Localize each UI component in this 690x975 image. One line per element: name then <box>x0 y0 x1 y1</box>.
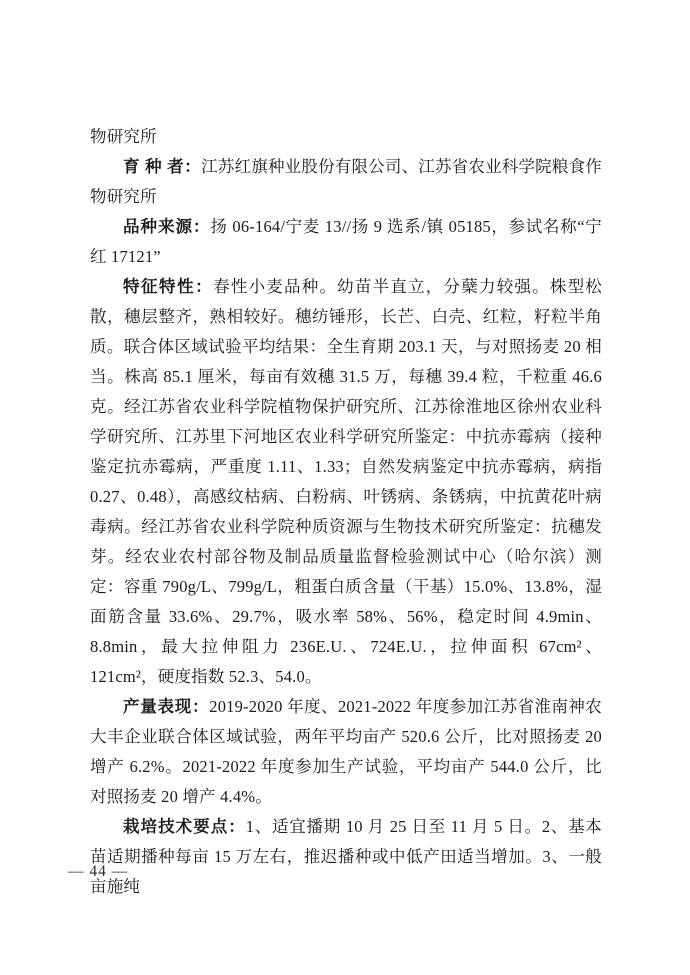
document-page: 物研究所 育 种 者：江苏红旗种业股份有限公司、江苏省农业科学院粮食作物研究所 … <box>0 0 690 975</box>
paragraph: 育 种 者：江苏红旗种业股份有限公司、江苏省农业科学院粮食作物研究所 <box>90 152 602 212</box>
paragraph-label: 特征特性： <box>123 278 213 296</box>
document-body: 物研究所 育 种 者：江苏红旗种业股份有限公司、江苏省农业科学院粮食作物研究所 … <box>90 122 602 902</box>
paragraph-label: 品种来源： <box>123 218 210 236</box>
paragraph: 物研究所 <box>90 122 602 152</box>
paragraph-label: 栽培技术要点： <box>123 818 246 836</box>
paragraph-label: 产量表现： <box>123 698 209 716</box>
paragraph-label: 育 种 者： <box>123 158 201 176</box>
paragraph-text: 物研究所 <box>90 127 157 146</box>
paragraph: 栽培技术要点：1、适宜播期 10 月 25 日至 11 月 5 日。2、基本苗适… <box>90 812 602 902</box>
paragraph: 产量表现：2019-2020 年度、2021-2022 年度参加江苏省淮南神农大… <box>90 692 602 812</box>
paragraph-text: 春性小麦品种。幼苗半直立，分蘖力较强。株型松散，穗层整齐，熟相较好。穗纺锤形，长… <box>90 277 602 686</box>
paragraph: 品种来源：扬 06-164/宁麦 13//扬 9 选系/镇 05185，参试名称… <box>90 212 602 272</box>
page-number: — 44 — <box>68 861 128 883</box>
paragraph: 特征特性：春性小麦品种。幼苗半直立，分蘖力较强。株型松散，穗层整齐，熟相较好。穗… <box>90 272 602 692</box>
